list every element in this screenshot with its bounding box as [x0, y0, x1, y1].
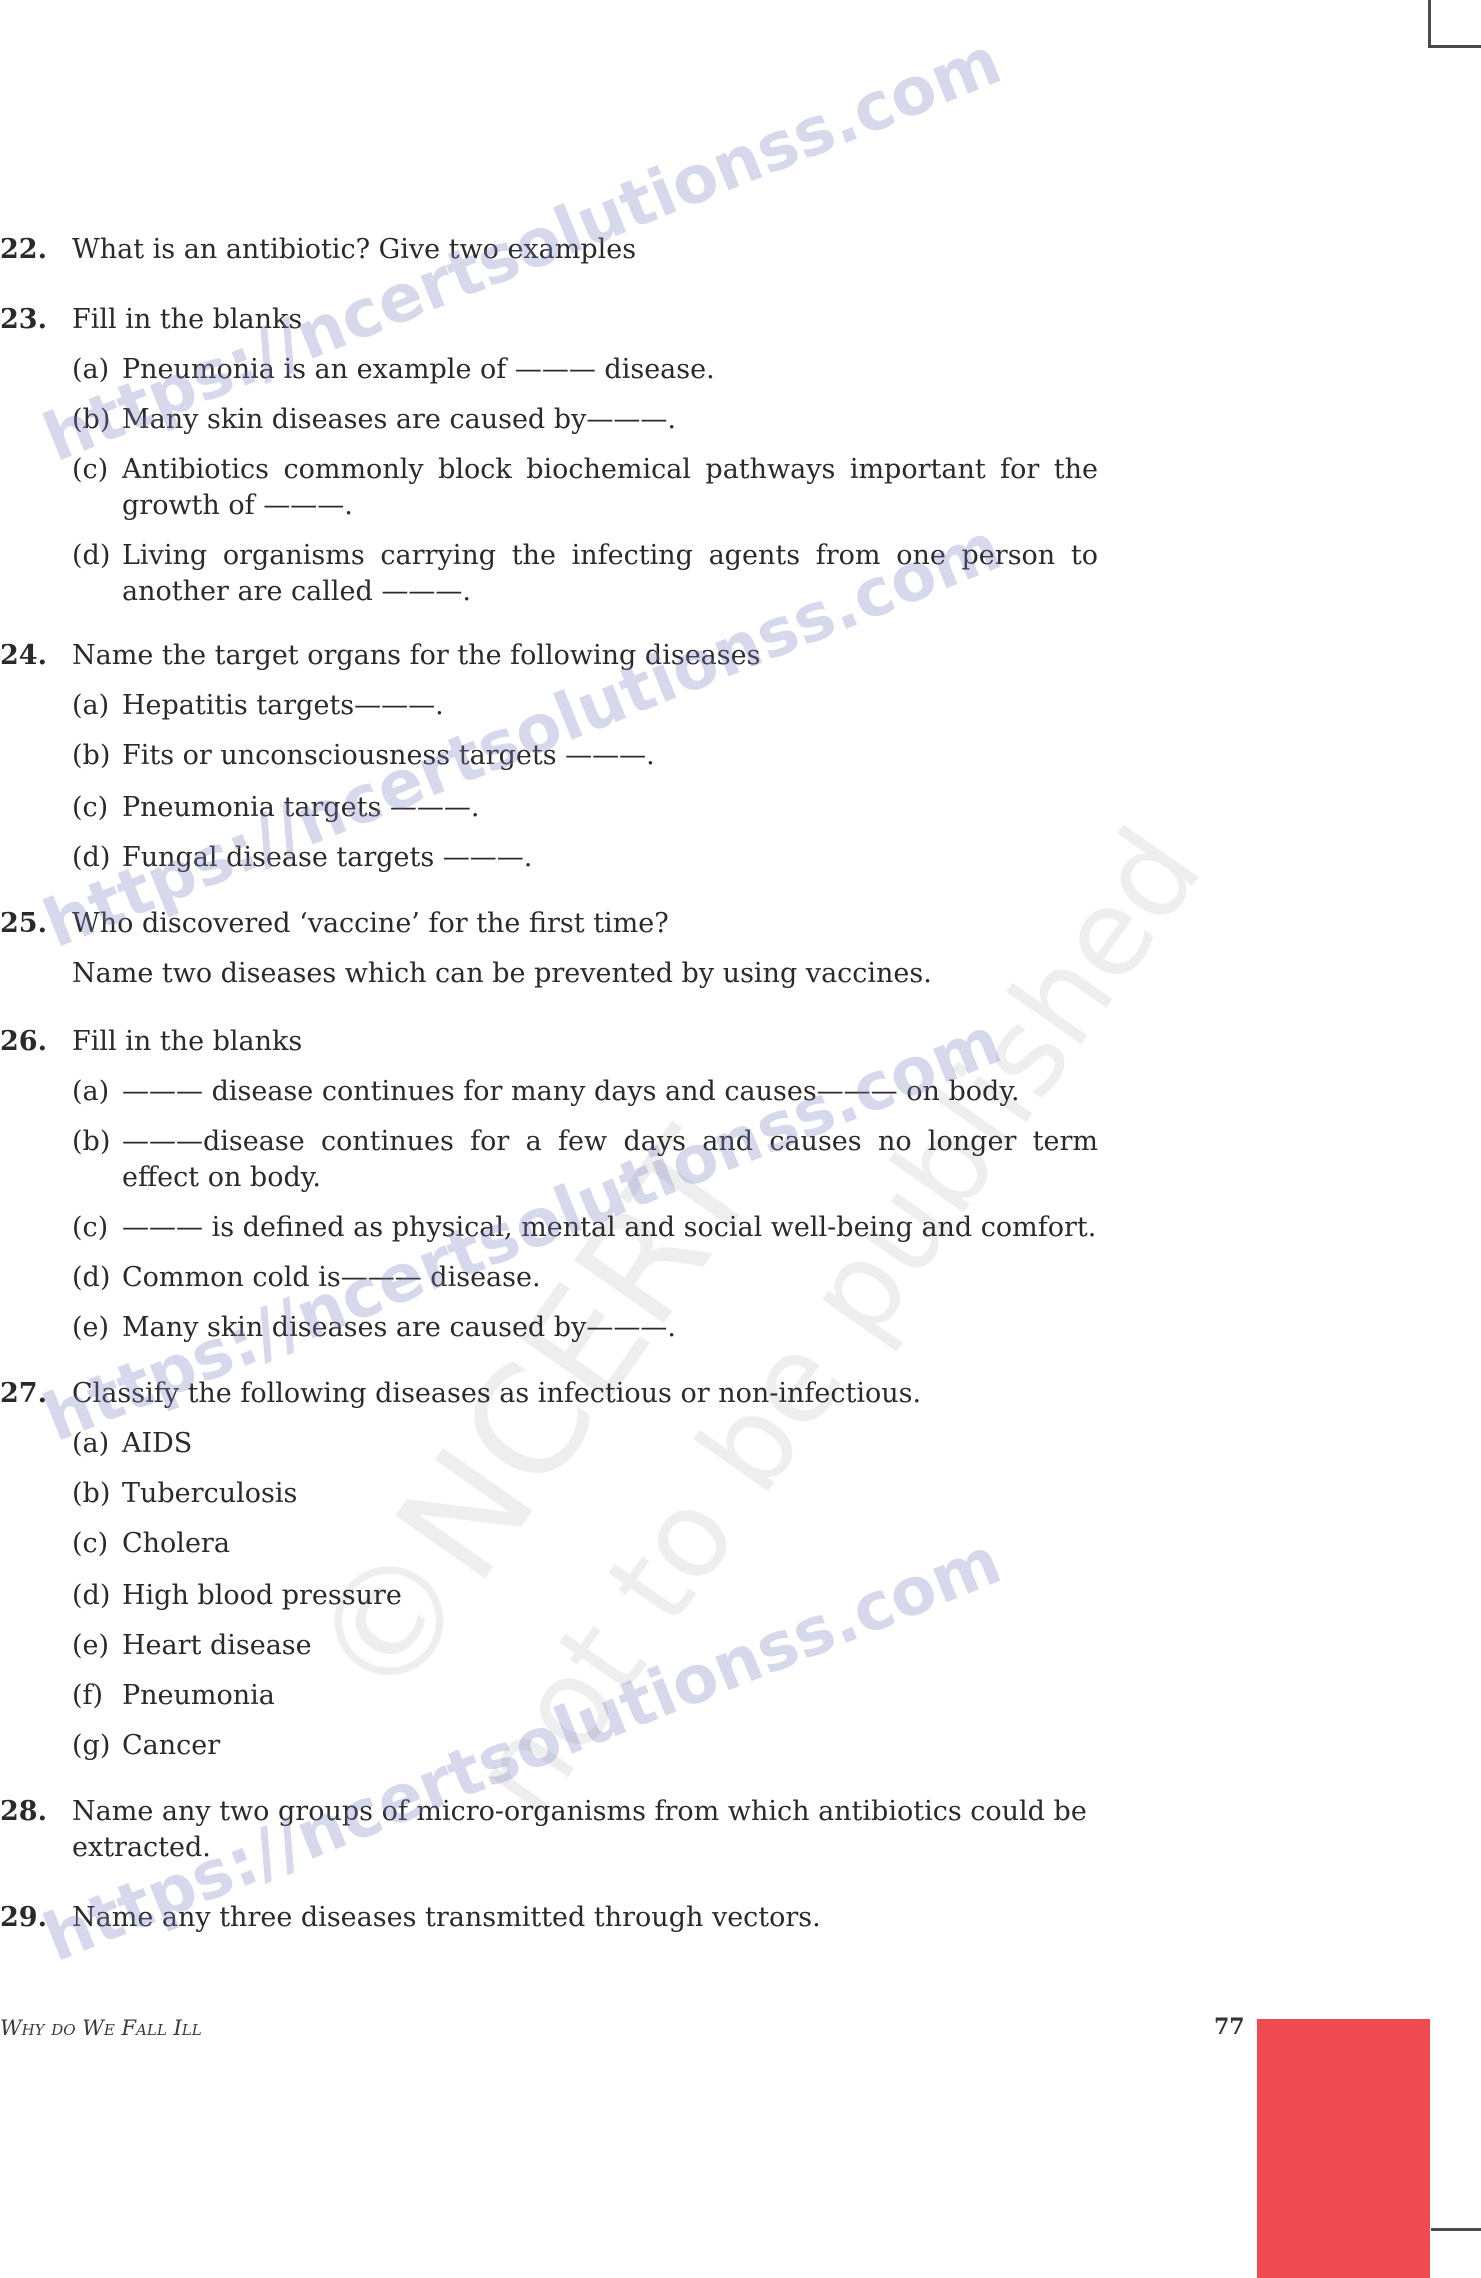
sub-item-text: High blood pressure [122, 1578, 1098, 1614]
question-number: 26. [0, 1024, 47, 1060]
sub-item-label: (f) [72, 1678, 103, 1714]
sub-item-label: (a) [72, 1426, 109, 1462]
sub-item-text: Heart disease [122, 1628, 1098, 1664]
sub-item-label: (b) [72, 402, 110, 438]
sub-item-text: Many skin diseases are caused by———. [122, 1310, 1098, 1346]
sub-item-label: (b) [72, 1476, 110, 1512]
crop-mark-top [1428, 0, 1481, 48]
sub-item-label: (b) [72, 1124, 110, 1160]
sub-item-text: Fungal disease targets ———. [122, 840, 1098, 876]
question-text: Name any three diseases transmitted thro… [72, 1900, 1098, 1936]
question-number: 28. [0, 1794, 47, 1830]
sub-item-text: AIDS [122, 1426, 1098, 1462]
page-number: 77 [1214, 2014, 1245, 2040]
sub-item-text: Pneumonia is an example of ——— disease. [122, 352, 1098, 388]
question-number: 25. [0, 906, 47, 942]
sub-item-label: (d) [72, 840, 110, 876]
sub-item-label: (b) [72, 738, 110, 774]
sub-item-label: (c) [72, 1526, 108, 1562]
sub-item-label: (e) [72, 1628, 109, 1664]
sub-item-label: (d) [72, 538, 110, 574]
sub-item-text: Antibiotics commonly block biochemical p… [122, 452, 1098, 524]
question-text: Who discovered ‘vaccine’ for the first t… [72, 906, 1098, 942]
question-text: Name two diseases which can be prevented… [72, 956, 1098, 992]
sub-item-text: Many skin diseases are caused by———. [122, 402, 1098, 438]
sub-item-text: Hepatitis targets———. [122, 688, 1098, 724]
sub-item-text: Common cold is——— disease. [122, 1260, 1098, 1296]
sub-item-label: (c) [72, 1210, 108, 1246]
sub-item-label: (a) [72, 688, 109, 724]
sub-item-text: Cancer [122, 1728, 1098, 1764]
sub-item-text: ——— disease continues for many days and … [122, 1074, 1098, 1110]
sub-item-label: (c) [72, 452, 108, 488]
chapter-title-footer: Why do We Fall Ill [0, 2016, 202, 2040]
question-number: 24. [0, 638, 47, 674]
sub-item-text: Tuberculosis [122, 1476, 1098, 1512]
question-text: Fill in the blanks [72, 1024, 1098, 1060]
sub-item-label: (d) [72, 1260, 110, 1296]
sub-item-label: (a) [72, 1074, 109, 1110]
sub-item-text: Pneumonia [122, 1678, 1098, 1714]
sub-item-text: ——— is defined as physical, mental and s… [122, 1210, 1098, 1246]
sub-item-text: Cholera [122, 1526, 1098, 1562]
question-number: 22. [0, 232, 47, 268]
question-text: What is an antibiotic? Give two examples [72, 232, 1098, 268]
sub-item-label: (a) [72, 352, 109, 388]
question-text: Classify the following diseases as infec… [72, 1376, 1098, 1412]
sub-item-text: ———disease continues for a few days and … [122, 1124, 1098, 1196]
sub-item-label: (c) [72, 790, 108, 826]
sub-item-label: (d) [72, 1578, 110, 1614]
sub-item-text: Pneumonia targets ———. [122, 790, 1098, 826]
question-number: 27. [0, 1376, 47, 1412]
question-text: Name the target organs for the following… [72, 638, 1098, 674]
sub-item-text: Living organisms carrying the infecting … [122, 538, 1098, 610]
page-edge-tab [1257, 2019, 1430, 2278]
question-number: 29. [0, 1900, 47, 1936]
sub-item-label: (g) [72, 1728, 110, 1764]
question-number: 23. [0, 302, 47, 338]
sub-item-label: (e) [72, 1310, 109, 1346]
question-text: Fill in the blanks [72, 302, 1098, 338]
sub-item-text: Fits or unconsciousness targets ———. [122, 738, 1098, 774]
question-text: Name any two groups of micro-organisms f… [72, 1794, 1098, 1866]
crop-mark-bottom [1431, 2228, 1481, 2231]
